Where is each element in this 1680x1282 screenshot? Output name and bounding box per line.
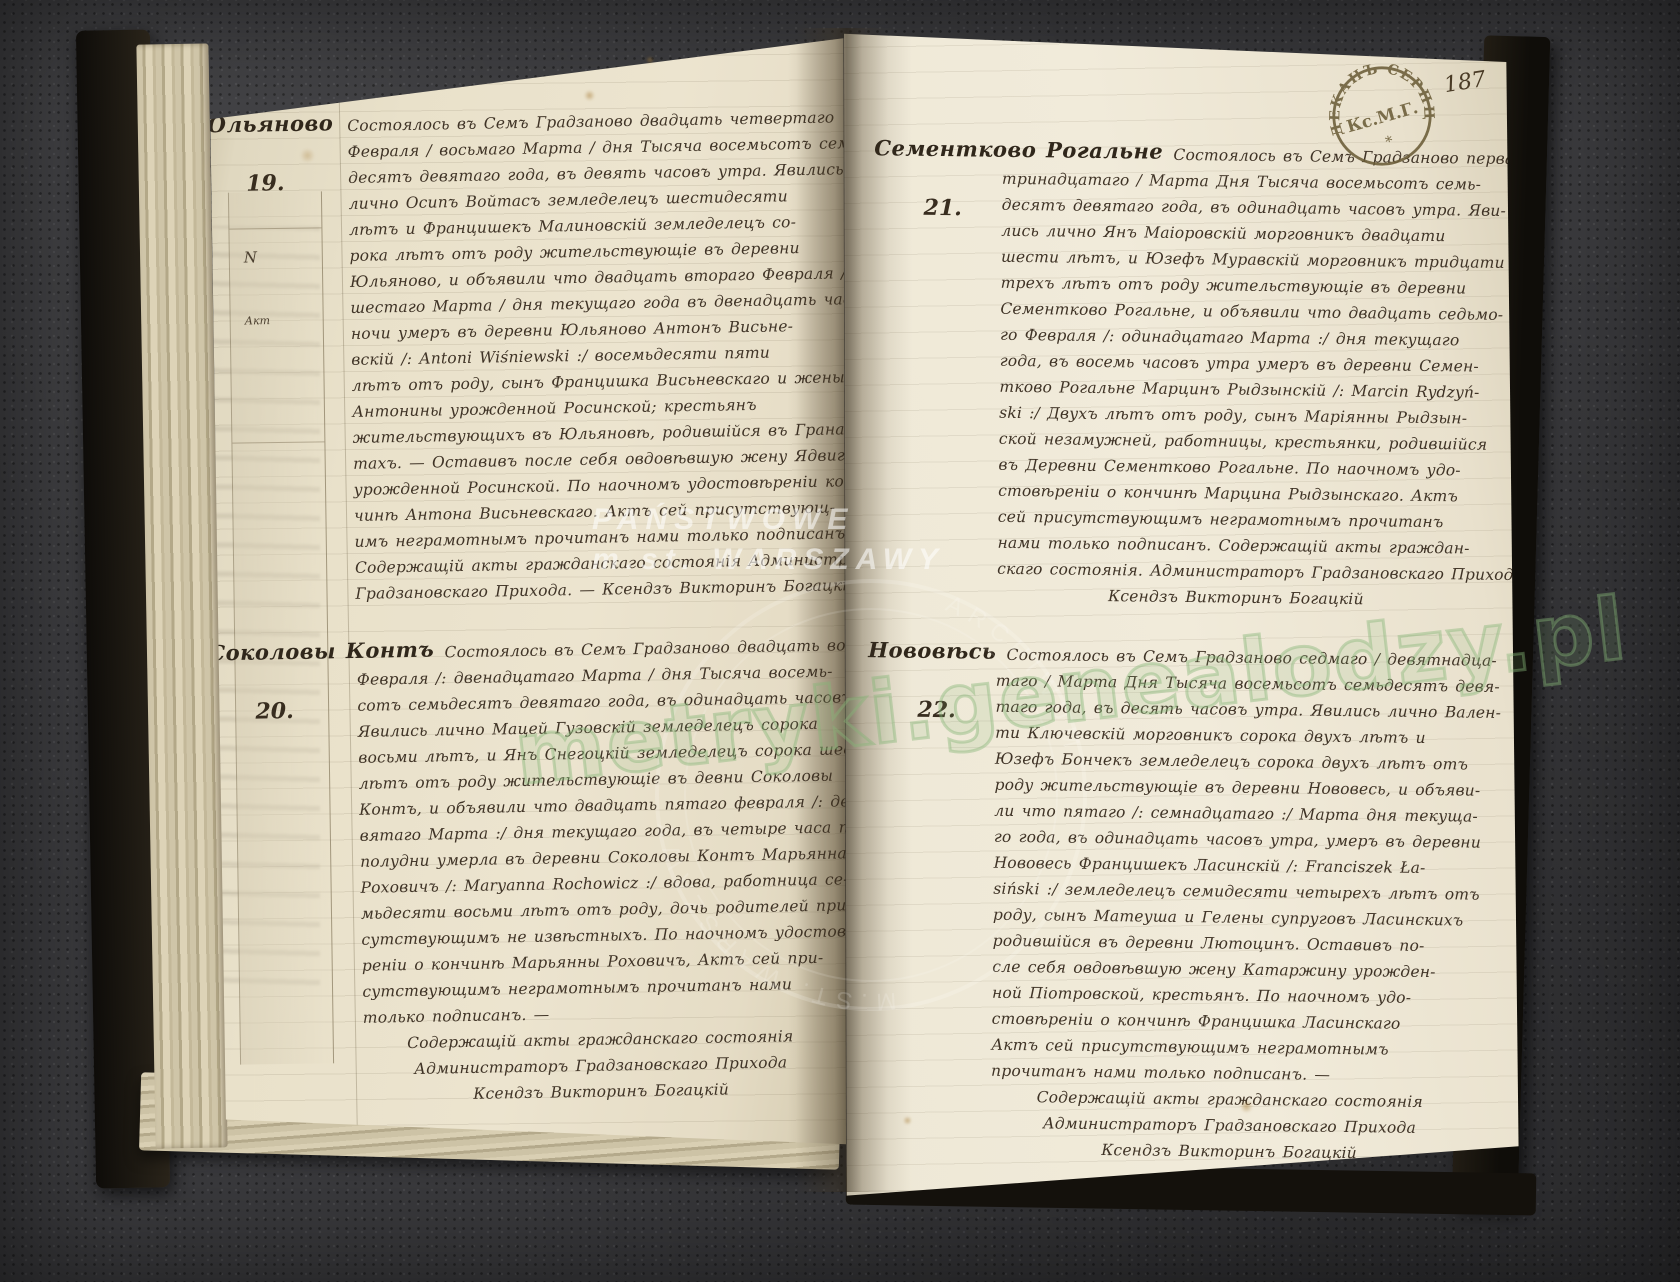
place-name: Соколовы Контъ bbox=[208, 637, 434, 667]
entry-body: ЮльяновоСостоялось въ Семъ Градзаново дв… bbox=[347, 105, 830, 607]
death-record-entry-21: 21. Сементково РогальнеСостоялось въ Сем… bbox=[869, 138, 1503, 614]
death-record-entry-22: 22. НововѣсьСостоялось въ Семъ Градзанов… bbox=[862, 640, 1496, 1168]
page-number: 187 bbox=[1442, 67, 1487, 98]
entry-number: 21. bbox=[923, 195, 962, 221]
stamp-center-text: Кс.М.Г. bbox=[1344, 97, 1420, 136]
stamp-ring-text: ДЕКАНЪ СЕРПЦКІЙ bbox=[1313, 47, 1441, 153]
photograph-of-register-book: ДЕКАНЪ СЕРПЦКІЙ Кс.М.Г. * 187 21. Семент… bbox=[0, 0, 1680, 1282]
place-name: Сементково Рогальне bbox=[874, 135, 1163, 165]
entry-number: 22. bbox=[917, 697, 956, 723]
entry-body: НововѣсьСостоялось въ Семъ Градзаново се… bbox=[990, 642, 1474, 1168]
left-page-content: 19. ЮльяновоСостоялось въ Семъ Градзанов… bbox=[199, 105, 845, 1146]
entry-number: 20. bbox=[255, 698, 294, 725]
entry-body: Сементково РогальнеСостоялось въ Семъ Гр… bbox=[997, 140, 1481, 614]
death-record-entry-20: 20. Соколовы КонтъСостоялось въ Семъ Гра… bbox=[208, 633, 844, 1112]
entry-number: 19. bbox=[246, 170, 285, 197]
book-gutter-shadow bbox=[796, 28, 888, 1192]
entry-body: Соколовы КонтъСостоялось въ Семъ Градзан… bbox=[356, 633, 838, 1109]
right-page-content: 21. Сементково РогальнеСостоялось въ Сем… bbox=[862, 138, 1503, 1202]
svg-text:ДЕКАНЪ СЕРПЦКІЙ: ДЕКАНЪ СЕРПЦКІЙ bbox=[1313, 47, 1441, 153]
death-record-entry-19: 19. ЮльяновоСостоялось въ Семъ Градзанов… bbox=[199, 105, 836, 610]
stamp-star: * bbox=[1384, 132, 1396, 151]
left-page: N Акт 19. ЮльяновоСостоялось въ Семъ Гра… bbox=[196, 36, 846, 1160]
right-page: ДЕКАНЪ СЕРПЦКІЙ Кс.М.Г. * 187 21. Семент… bbox=[844, 22, 1524, 1198]
